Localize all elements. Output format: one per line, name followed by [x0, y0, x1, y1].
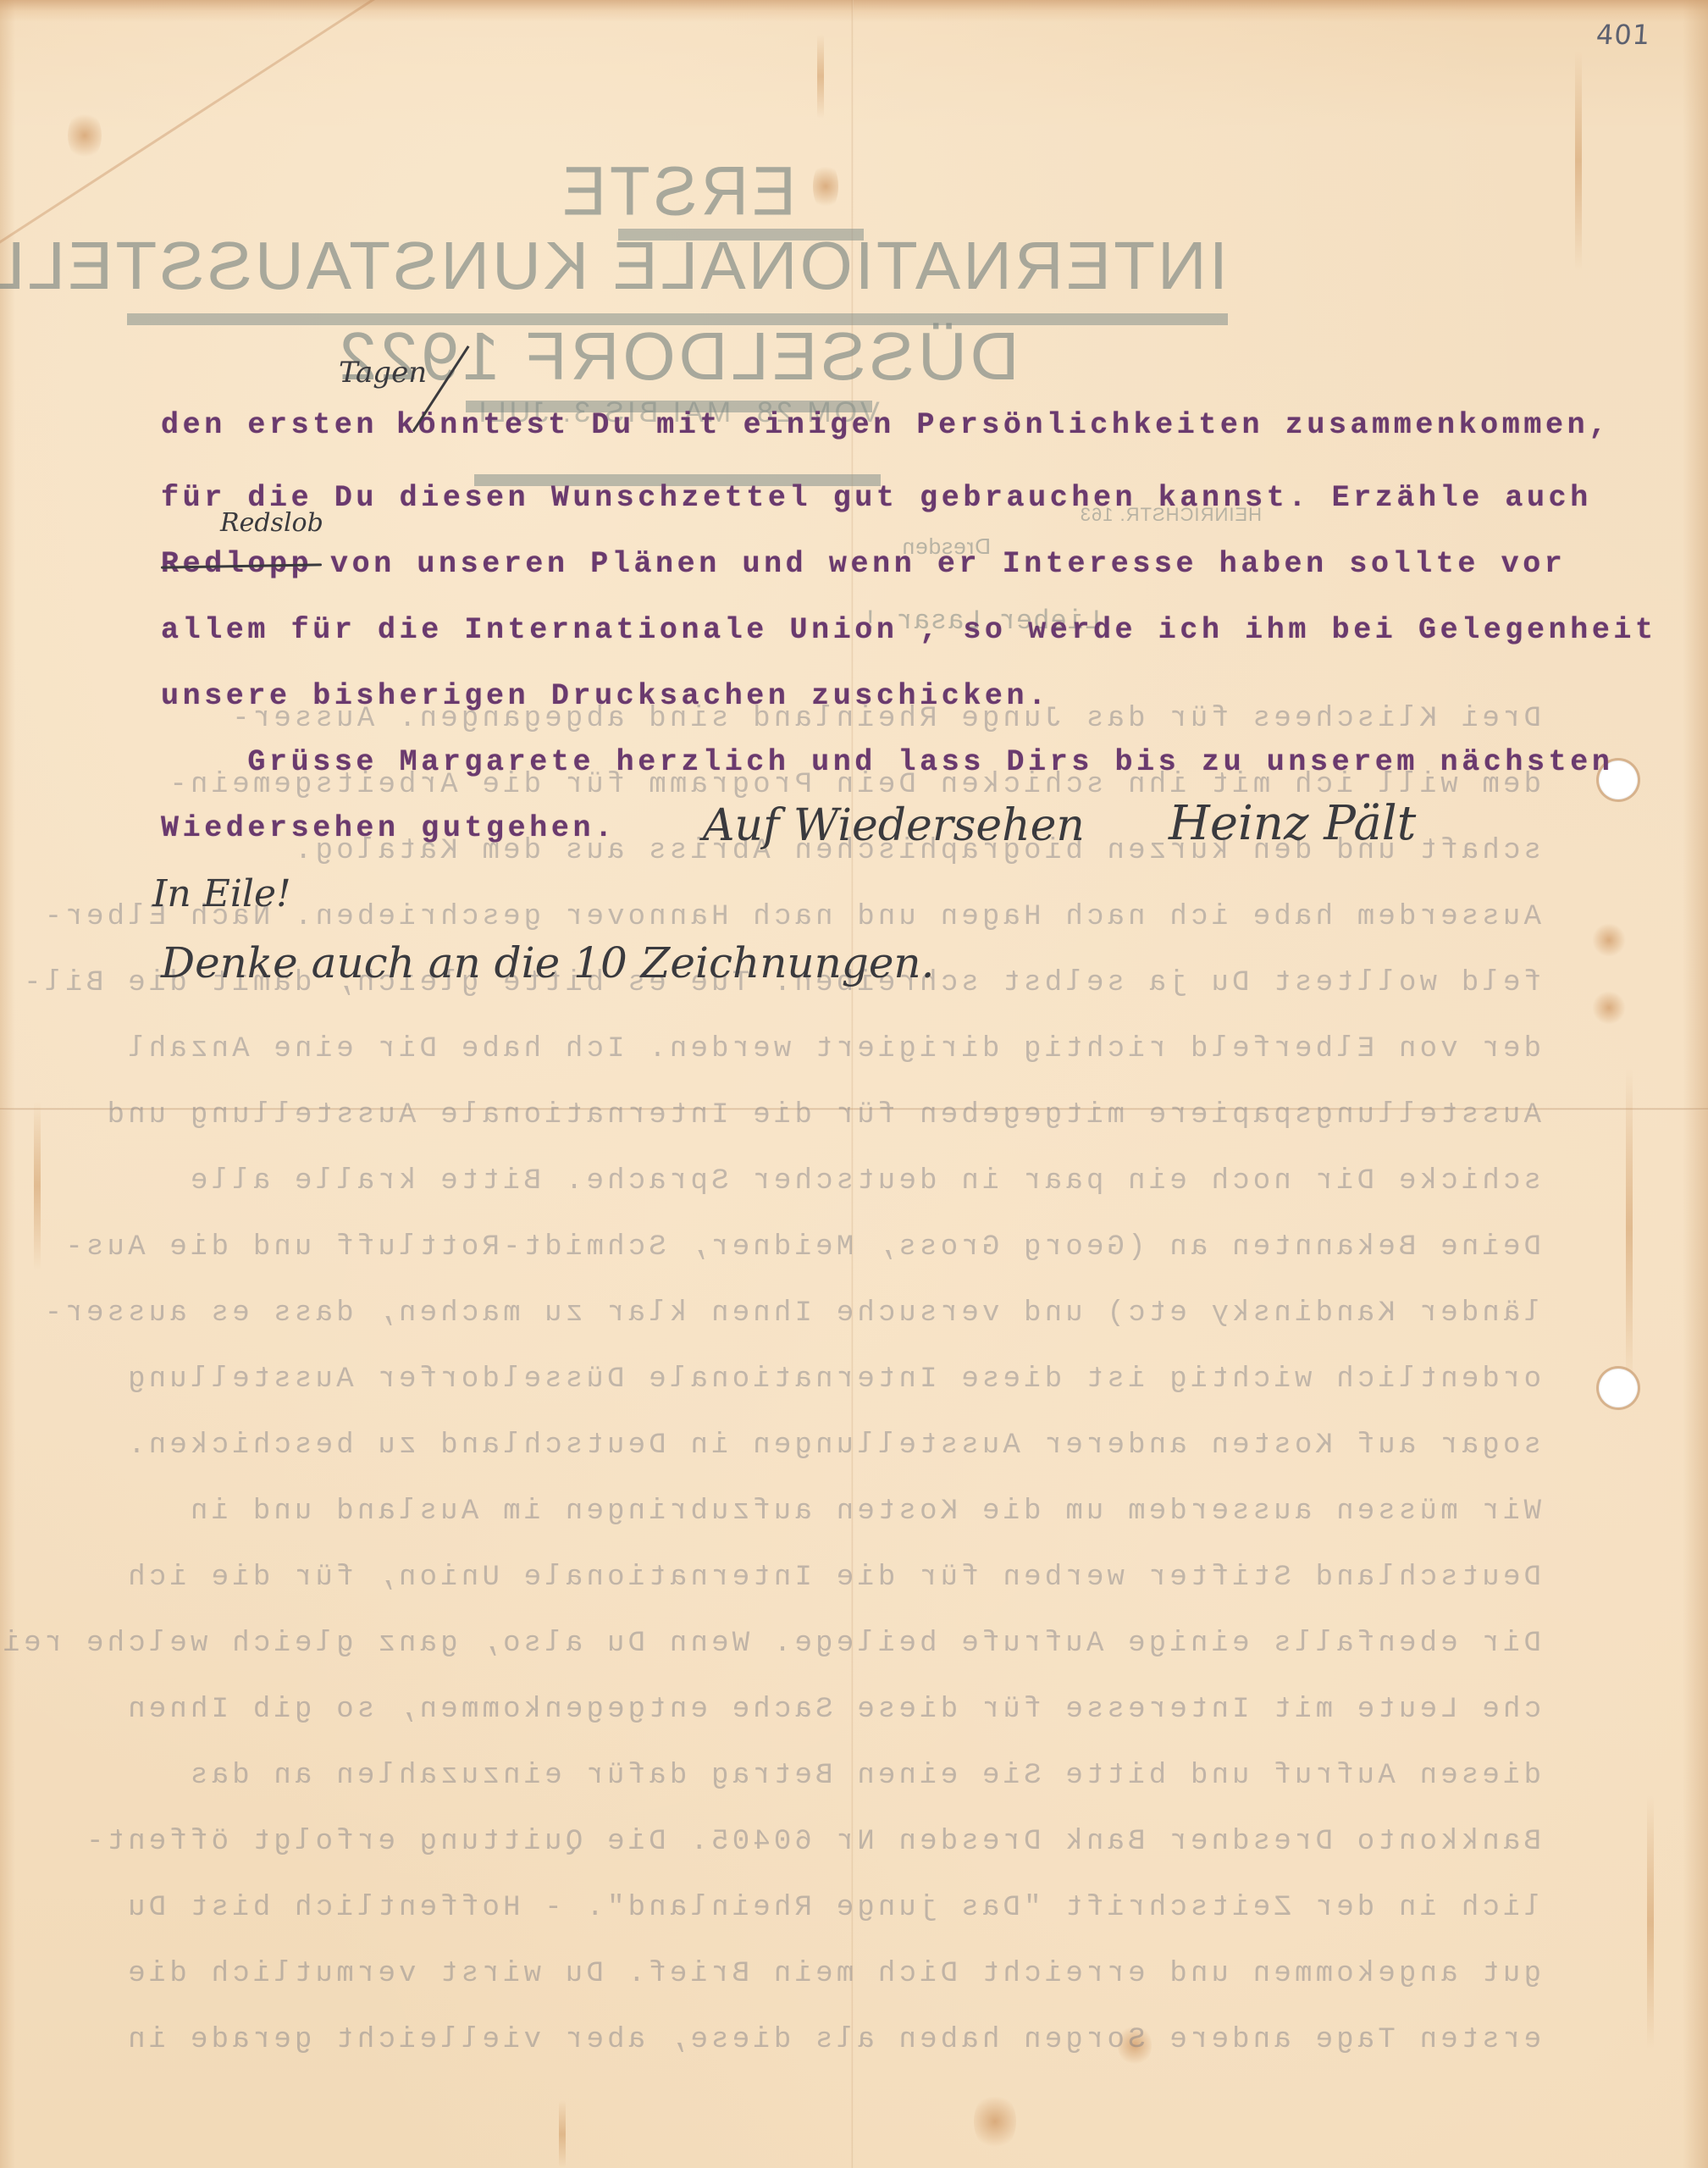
handwritten-correction-redslob: Redslob [220, 508, 323, 538]
aged-left-edge [0, 0, 15, 2168]
bleed-line: Ausserdem habe ich nach Hagen und nach H… [102, 901, 1541, 933]
bleed-line: der von Elberfeld richtig dirigiert werd… [102, 1033, 1541, 1065]
bleed-line: sogar auf Kosten anderer Ausstellungen i… [102, 1430, 1541, 1462]
bleed-line: lich in der Zeitschrift "Das junge Rhein… [102, 1892, 1541, 1924]
water-streak [817, 34, 824, 119]
punch-hole-bottom [1599, 1369, 1638, 1408]
bleed-line: ersten Tage andere Sorgen haben als dies… [102, 2024, 1541, 2056]
water-streak [1647, 1795, 1654, 2049]
water-streak [34, 1101, 41, 1270]
archive-page-number: 401 [1595, 19, 1652, 51]
water-streak [559, 2100, 566, 2168]
bleed-line: Wir müssen ausserdem um die Kosten aufzu… [102, 1496, 1541, 1528]
bleed-line: Deutschland Stifter werben für die Inter… [102, 1562, 1541, 1594]
typed-line-4: allem für die Internationale Union , so … [161, 613, 1657, 647]
typed-line-1: könntest Du mit einigen Persönlichkeiten… [396, 408, 1611, 442]
water-streak [1626, 1067, 1633, 1389]
bleed-line: ordentlich wichtig ist diese Internation… [102, 1363, 1541, 1396]
water-streak [1575, 51, 1582, 271]
typed-line-7: Wiedersehen gutgehen. [161, 811, 616, 845]
letterhead-line-duesseldorf: DÜSSELDORF 1922 [127, 318, 1228, 395]
typed-line-5: unsere bisherigen Drucksachen zuschicken… [161, 679, 1050, 713]
handwritten-closing: Auf Wiedersehen [703, 800, 1085, 851]
foxing-stain [1592, 923, 1626, 957]
bleed-line: Bankkonto Dresdner Bank Dresden Nr 60405… [102, 1826, 1541, 1858]
handwritten-insertion-tagen: Tagen [339, 356, 427, 390]
handwritten-postscript-zeichnungen: Denke auch an die 10 Zeichnungen. [161, 938, 935, 987]
bleed-line: Dir ebenfalls einige Aufrufe beilege. We… [102, 1628, 1541, 1660]
typed-line-1-prefix: den ersten [161, 408, 378, 442]
foxing-stain [68, 110, 102, 161]
bleed-line: schicke Dir noch ein paar in deutscher S… [102, 1165, 1541, 1197]
aged-top-edge [0, 0, 1708, 22]
foxing-stain [1592, 991, 1626, 1025]
letterhead-line-ausstellung: INTERNATIONALE KUNSTAUSSTELLUNG [127, 227, 1228, 305]
handwritten-signature: Heinz Pält [1169, 796, 1416, 851]
bleed-line: diesen Aufruf und bitte Sie einen Betrag… [102, 1760, 1541, 1792]
bleed-line: gut angekommen und erreicht Dich mein Br… [102, 1958, 1541, 1990]
bleed-line: che Leute mit Interesse für diese Sache … [102, 1694, 1541, 1726]
typed-line-6: Grüsse Margarete herzlich und lass Dirs … [161, 745, 1613, 779]
typed-line-3: von unseren Plänen und wenn er Interesse… [330, 547, 1566, 581]
letterhead-line-erste: ERSTE [127, 151, 1228, 232]
bleed-line: Deine Bekannten an (Georg Gross, Meidner… [102, 1231, 1541, 1264]
typed-line-2: für die Du diesen Wunschzettel gut gebra… [161, 481, 1592, 515]
handwritten-postscript-in-eile: In Eile! [152, 872, 291, 915]
bleed-line: länder Kandinsky etc) und versuche Ihnen… [102, 1297, 1541, 1330]
bleed-line: Ausstellungspapiere mitgegeben für die I… [102, 1099, 1541, 1131]
foxing-stain [974, 2092, 1016, 2151]
aged-right-edge [1683, 0, 1708, 2168]
